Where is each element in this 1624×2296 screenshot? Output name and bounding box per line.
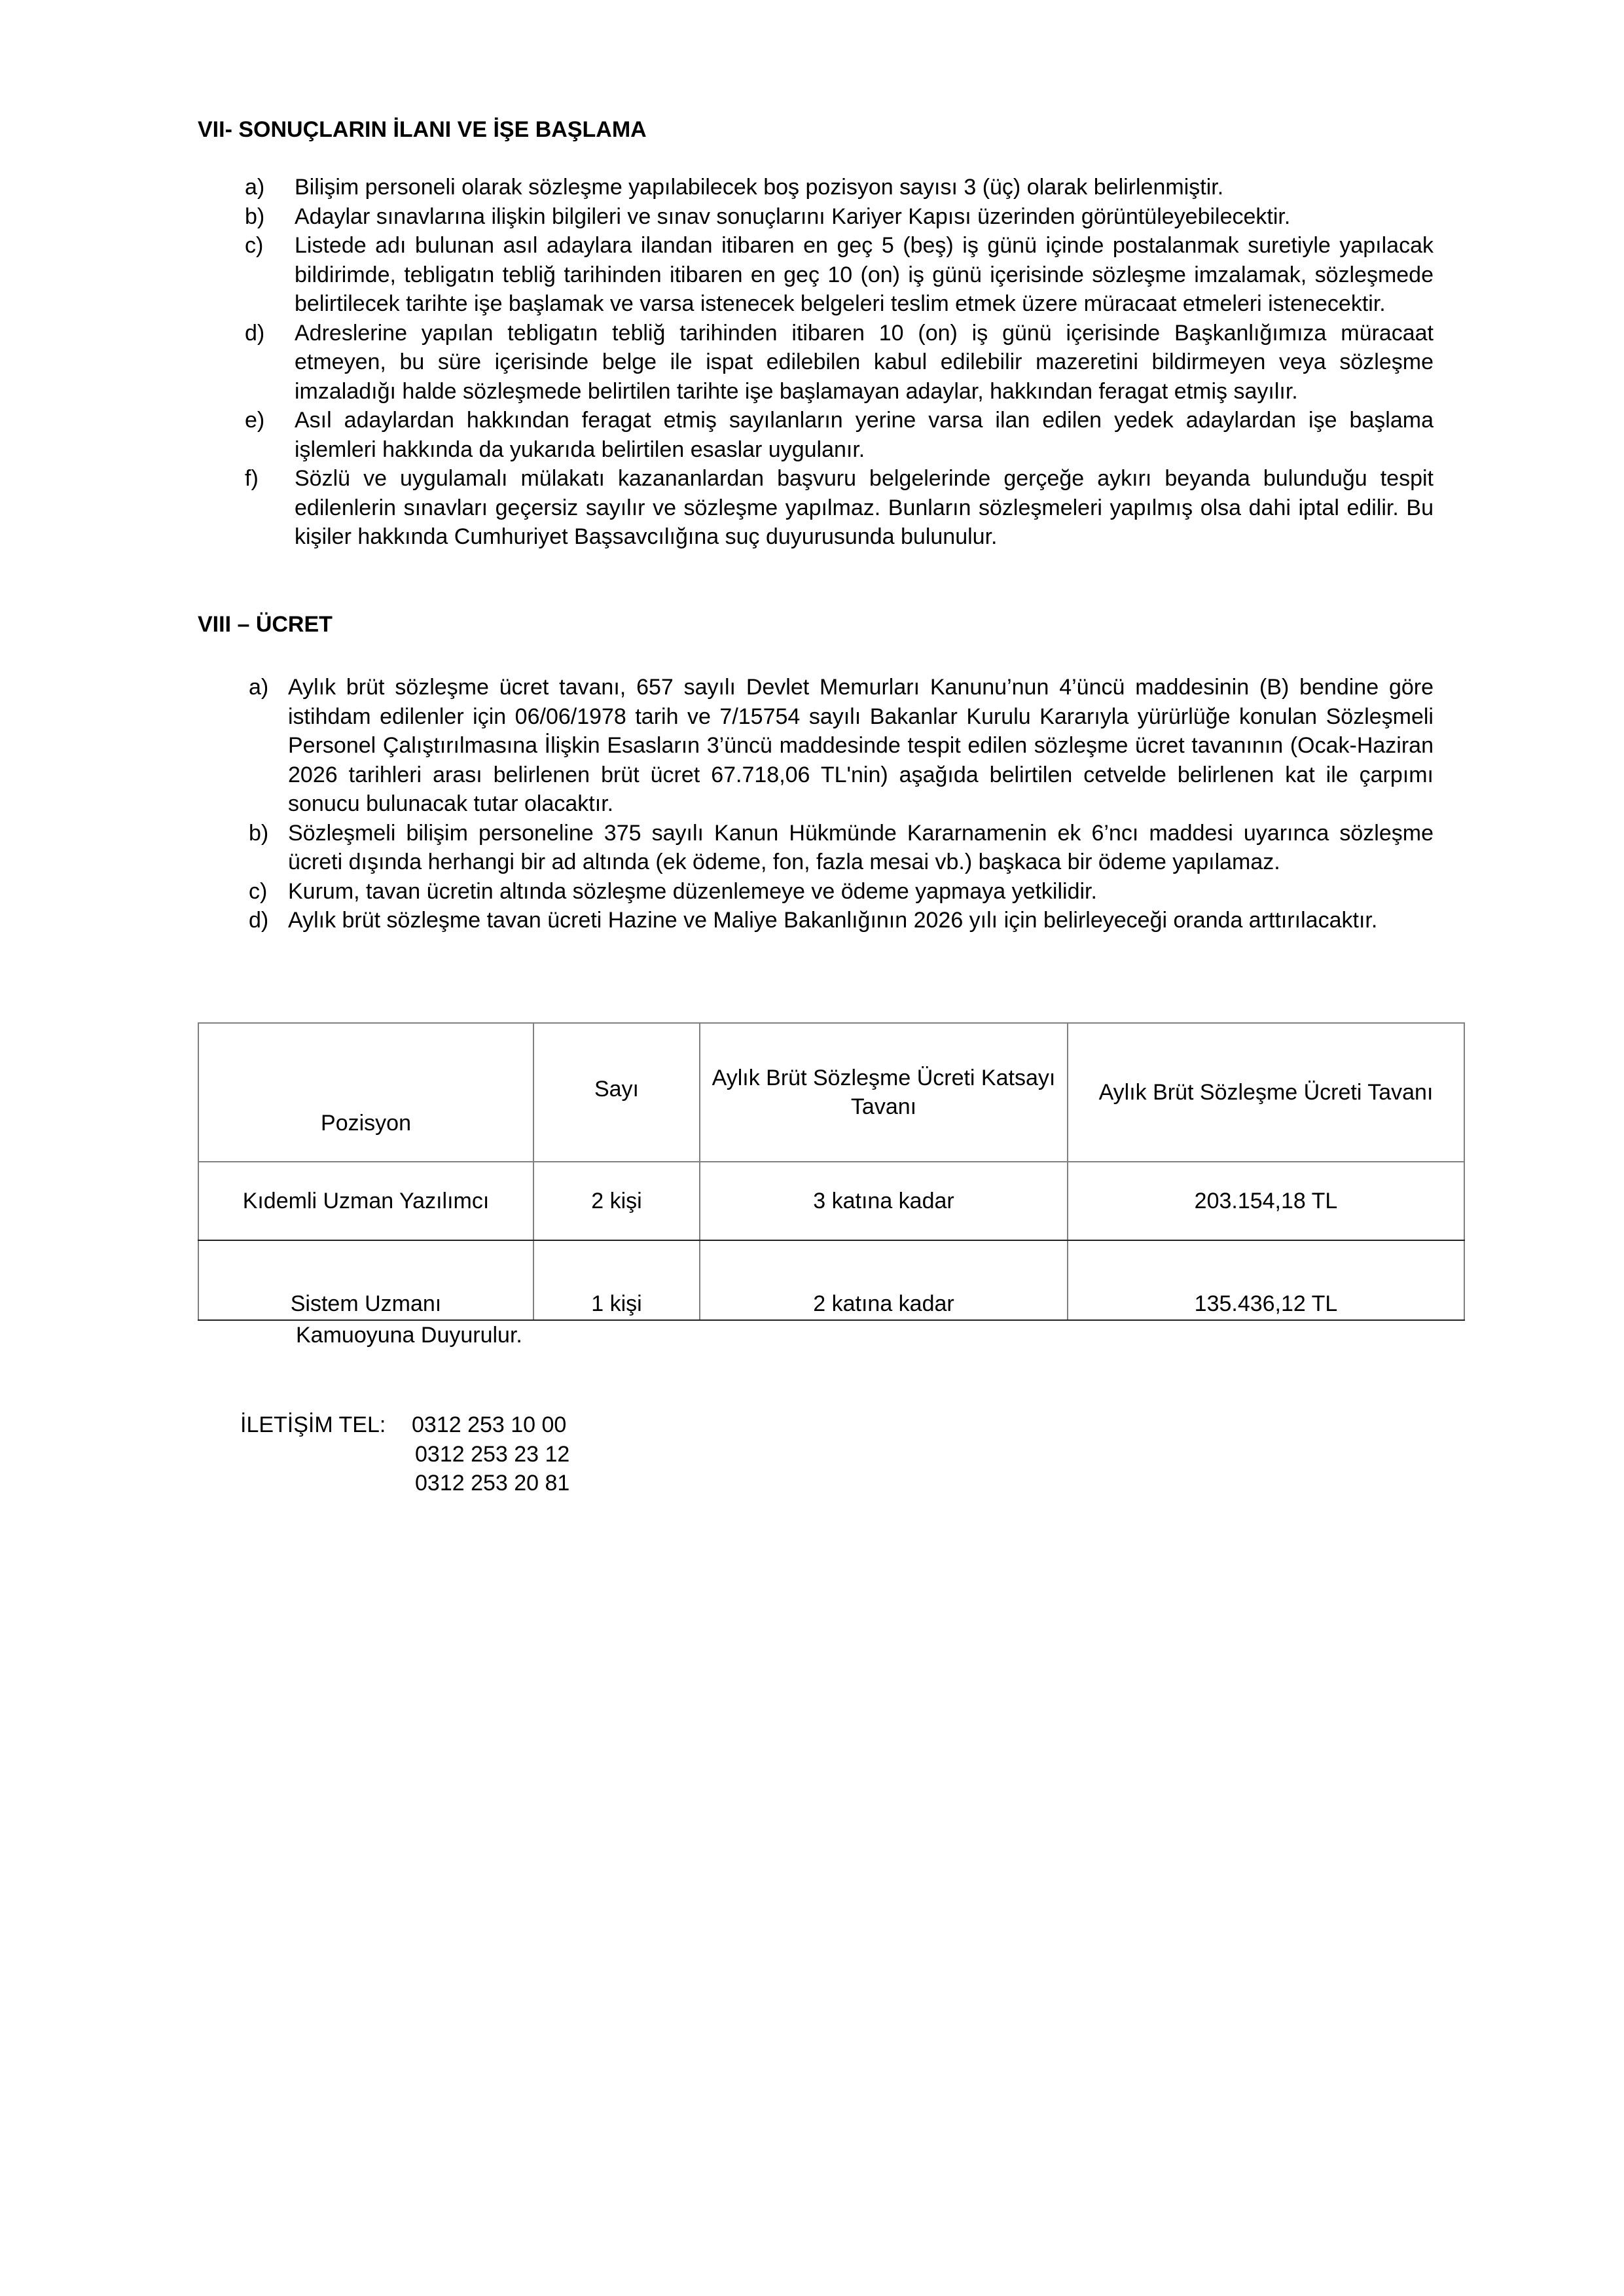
section-viii-list: a)Aylık brüt sözleşme ücret tavanı, 657 …: [288, 673, 1434, 935]
list-item: e)Asıl adaylardan hakkından feragat etmi…: [295, 406, 1434, 464]
phone-list: 0312 253 10 00 0312 253 23 12 0312 253 2…: [412, 1410, 569, 1498]
list-item: a)Bilişim personeli olarak sözleşme yapı…: [295, 173, 1434, 202]
list-item-text: Bilişim personeli olarak sözleşme yapıla…: [295, 175, 1223, 200]
section-viii-heading: VIII – ÜCRET: [198, 610, 333, 639]
phone-number: 0312 253 10 00: [412, 1410, 569, 1440]
header-amount: Aylık Brüt Sözleşme Ücreti Tavanı: [1068, 1023, 1464, 1162]
list-item-text: Listede adı bulunan asıl adaylara ilanda…: [295, 233, 1434, 316]
list-item-text: Adreslerine yapılan tebligatın tebliğ ta…: [295, 321, 1434, 404]
list-marker: c): [249, 877, 267, 906]
closing-note: Kamuoyuna Duyurulur.: [296, 1321, 522, 1350]
list-marker: d): [249, 906, 268, 935]
list-item: b)Sözleşmeli bilişim personeline 375 say…: [288, 819, 1434, 877]
list-marker: a): [245, 173, 264, 202]
list-marker: d): [245, 319, 264, 348]
contact-label: İLETİŞİM TEL:: [240, 1410, 386, 1440]
list-item: c)Listede adı bulunan asıl adaylara ilan…: [295, 231, 1434, 319]
list-marker: f): [245, 464, 259, 493]
cell-amount: 135.436,12 TL: [1068, 1240, 1464, 1320]
cell-position: Sistem Uzmanı: [198, 1240, 533, 1320]
list-marker: b): [249, 819, 268, 848]
salary-table: Pozisyon Sayı Aylık Brüt Sözleşme Ücreti…: [198, 1022, 1465, 1321]
list-item-text: Aylık brüt sözleşme ücret tavanı, 657 sa…: [288, 675, 1434, 816]
table-row: Sistem Uzmanı 1 kişi 2 katına kadar 135.…: [198, 1240, 1464, 1320]
cell-coefficient: 2 katına kadar: [700, 1240, 1068, 1320]
header-count: Sayı: [533, 1023, 700, 1162]
list-item-text: Kurum, tavan ücretin altında sözleşme dü…: [288, 879, 1097, 904]
contact-block: İLETİŞİM TEL: 0312 253 10 00 0312 253 23…: [240, 1410, 386, 1440]
section-vii-heading: VII- SONUÇLARIN İLANI VE İŞE BAŞLAMA: [198, 115, 647, 144]
list-item-text: Asıl adaylardan hakkından feragat etmiş …: [295, 408, 1434, 462]
list-item-text: Adaylar sınavlarına ilişkin bilgileri ve…: [295, 204, 1290, 229]
phone-number: 0312 253 23 12: [415, 1440, 569, 1469]
list-item-text: Aylık brüt sözleşme tavan ücreti Hazine …: [288, 908, 1377, 933]
list-item-text: Sözleşmeli bilişim personeline 375 sayıl…: [288, 821, 1434, 875]
cell-amount: 203.154,18 TL: [1068, 1162, 1464, 1240]
cell-count: 1 kişi: [533, 1240, 700, 1320]
list-item: f)Sözlü ve uygulamalı mülakatı kazananla…: [295, 464, 1434, 552]
list-marker: e): [245, 406, 264, 435]
list-marker: a): [249, 673, 268, 702]
list-marker: b): [245, 202, 264, 232]
list-item: a)Aylık brüt sözleşme ücret tavanı, 657 …: [288, 673, 1434, 819]
list-item: b)Adaylar sınavlarına ilişkin bilgileri …: [295, 202, 1434, 232]
phone-number: 0312 253 20 81: [415, 1469, 569, 1498]
list-item-text: Sözlü ve uygulamalı mülakatı kazananlard…: [295, 466, 1434, 549]
document-page: VII- SONUÇLARIN İLANI VE İŞE BAŞLAMA a)B…: [0, 0, 1624, 2296]
list-marker: c): [245, 231, 263, 260]
cell-count: 2 kişi: [533, 1162, 700, 1240]
list-item: d)Adreslerine yapılan tebligatın tebliğ …: [295, 319, 1434, 406]
header-position: Pozisyon: [198, 1023, 533, 1162]
list-item: c)Kurum, tavan ücretin altında sözleşme …: [288, 877, 1434, 906]
list-item: d)Aylık brüt sözleşme tavan ücreti Hazin…: [288, 906, 1434, 935]
section-vii-list: a)Bilişim personeli olarak sözleşme yapı…: [295, 173, 1434, 552]
table-header-row: Pozisyon Sayı Aylık Brüt Sözleşme Ücreti…: [198, 1023, 1464, 1162]
header-coefficient: Aylık Brüt Sözleşme Ücreti Katsayı Tavan…: [700, 1023, 1068, 1162]
cell-coefficient: 3 katına kadar: [700, 1162, 1068, 1240]
table-row: Kıdemli Uzman Yazılımcı 2 kişi 3 katına …: [198, 1162, 1464, 1240]
cell-position: Kıdemli Uzman Yazılımcı: [198, 1162, 533, 1240]
